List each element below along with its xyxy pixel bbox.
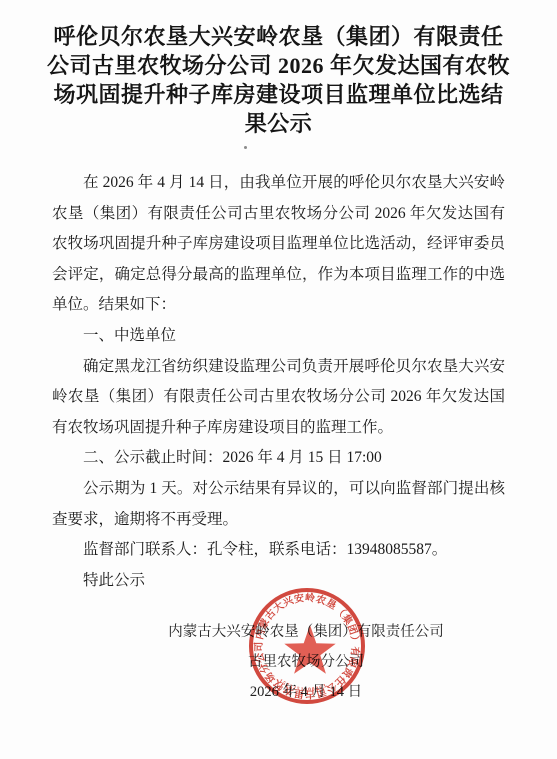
section-heading-winner: 一、中选单位 — [52, 321, 505, 352]
signature-date: 2026 年 4 月 14 日 — [96, 677, 516, 707]
section-heading-deadline: 二、公示截止时间：2026 年 4 月 15 日 17:00 — [52, 443, 505, 474]
body-paragraph-contact: 监督部门联系人：孔令柱，联系电话：13948085587。 — [52, 535, 505, 566]
scan-artifact-dot — [244, 146, 247, 149]
body-paragraph-winner: 确定黑龙江省纺织建设监理公司负责开展呼伦贝尔农垦大兴安岭农垦（集团）有限责任公司… — [52, 352, 505, 444]
signature-block: 内蒙古大兴安岭农垦（集团）有限责任公司 古里农牧场分公司 2026 年 4 月 … — [96, 617, 516, 707]
signature-company: 内蒙古大兴安岭农垦（集团）有限责任公司 — [96, 617, 516, 647]
signature-branch: 古里农牧场分公司 — [96, 647, 516, 677]
document-body: 在 2026 年 4 月 14 日，由我单位开展的呼伦贝尔农垦大兴安岭农垦（集团… — [52, 168, 505, 596]
body-paragraph-objection: 公示期为 1 天。对公示结果有异议的，可以向监督部门提出核查要求，逾期将不再受理… — [52, 474, 505, 535]
document-page: 呼伦贝尔农垦大兴安岭农垦（集团）有限责任公司古里农牧场分公司 2026 年欠发达… — [0, 0, 557, 759]
body-paragraph-closing: 特此公示 — [52, 566, 505, 597]
document-title: 呼伦贝尔农垦大兴安岭农垦（集团）有限责任公司古里农牧场分公司 2026 年欠发达… — [45, 22, 512, 138]
body-paragraph-intro: 在 2026 年 4 月 14 日，由我单位开展的呼伦贝尔农垦大兴安岭农垦（集团… — [52, 168, 505, 321]
